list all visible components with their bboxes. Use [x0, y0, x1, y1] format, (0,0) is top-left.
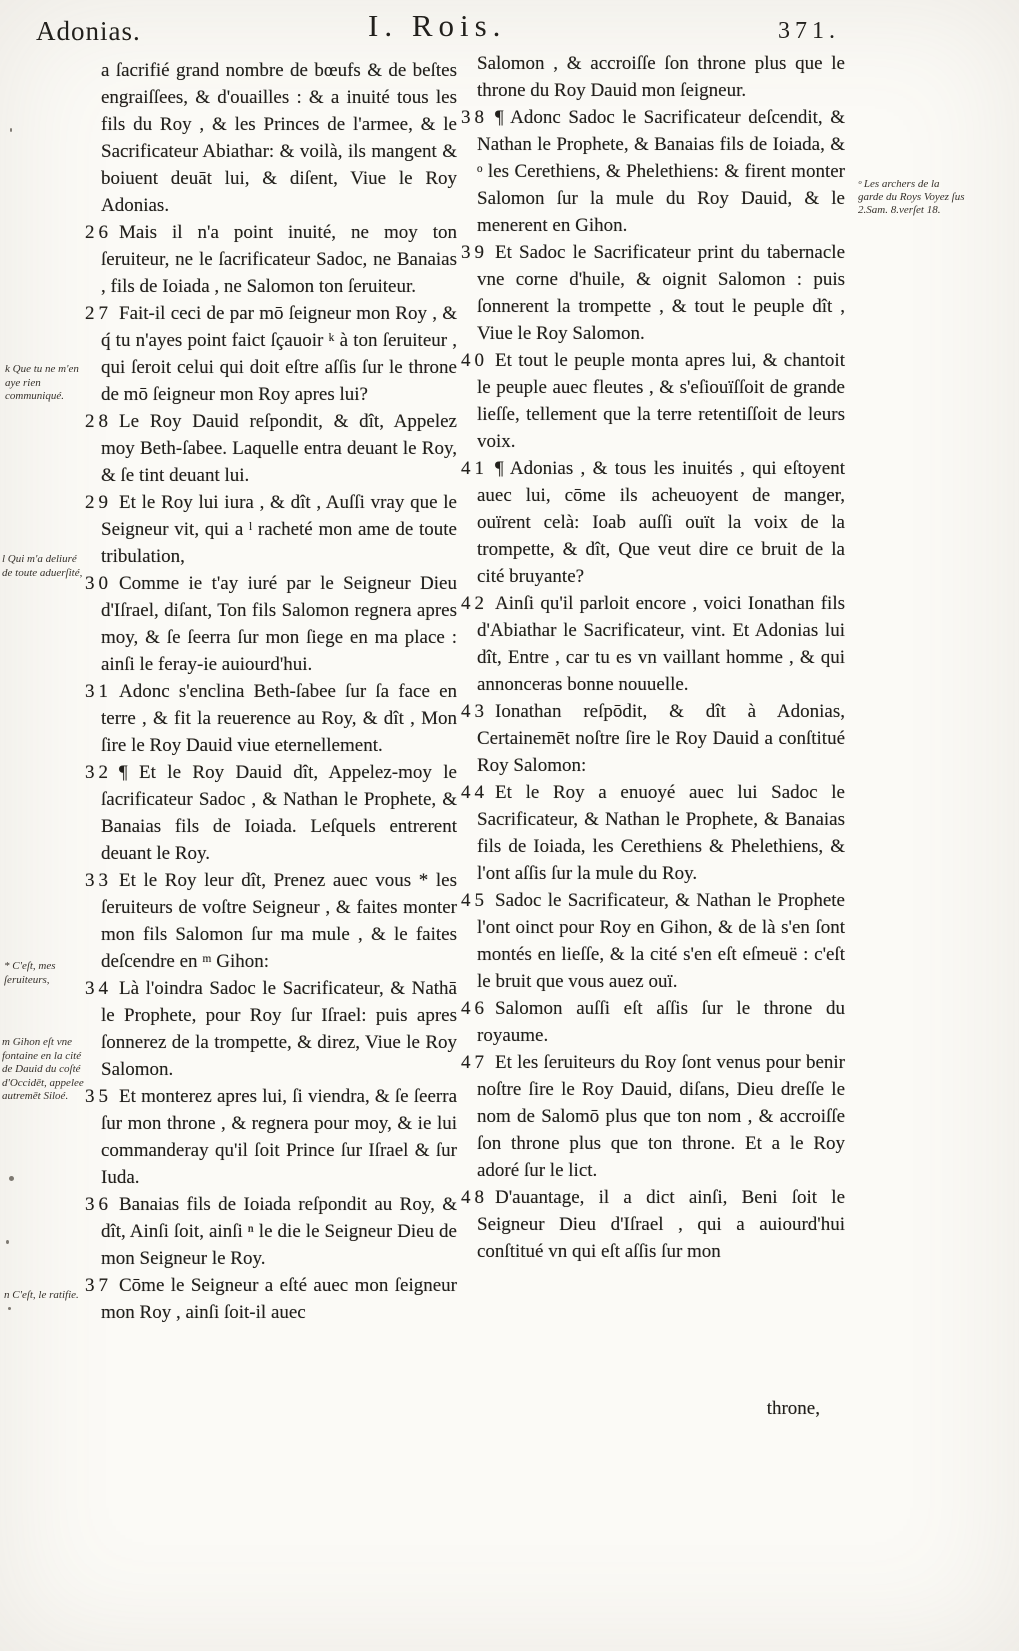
verse-text: Fait-il ceci de par mō ſeigneur mon Roy …: [101, 303, 457, 405]
verse-number: 38: [461, 107, 488, 128]
verse-text: Mais il n'a point inuité, ne moy ton ſer…: [101, 222, 457, 297]
verse: 44Et le Roy a enuoyé auec lui Sadoc le S…: [461, 779, 845, 887]
verse-number: 40: [461, 350, 488, 371]
verse: 31Adonc s'enclina Beth-ſabee ſur ſa face…: [85, 678, 457, 759]
verse: 35Et monterez apres lui, ſi viendra, & ſ…: [85, 1083, 457, 1191]
verse: 34Là l'oindra Sadoc le Sacrificateur, & …: [85, 975, 457, 1083]
verse-number: 31: [85, 681, 112, 702]
margin-note-k: k Que tu ne m'en aye rien communiqué.: [5, 363, 89, 404]
verse: 28Le Roy Dauid reſpondit, & dît, Appelez…: [85, 408, 457, 489]
verse-number: 46: [461, 998, 488, 1019]
ink-speck: [10, 128, 12, 132]
verse-text: Salomon auſſi eſt aſſis ſur le throne du…: [477, 998, 845, 1046]
verse-number: 47: [461, 1052, 488, 1073]
verse-text: Ainſi qu'il parloit encore , voici Ionat…: [477, 593, 845, 695]
verse-number: 41: [461, 458, 488, 479]
ink-speck: [8, 1307, 11, 1310]
margin-note-l: l Qui m'a deliuré de toute aduerſité,: [2, 553, 88, 580]
verse: 43Ionathan reſpōdit, & dît à Adonias, Ce…: [461, 698, 845, 779]
verse-text: ¶ Adonias , & tous les inuités , qui eſt…: [477, 458, 845, 587]
running-title-center: I. Rois.: [368, 8, 506, 44]
verse: 39Et Sadoc le Sacrificateur print du tab…: [461, 239, 845, 347]
verse-text: Et le Roy a enuoyé auec lui Sadoc le Sac…: [477, 782, 845, 884]
verse-number: 35: [85, 1086, 112, 1107]
verse-text: Sadoc le Sacrificateur, & Nathan le Prop…: [477, 890, 845, 992]
verse-number: 42: [461, 593, 488, 614]
verse-number: 28: [85, 411, 112, 432]
verse: 32¶ Et le Roy Dauid dît, Appelez-moy le …: [85, 759, 457, 867]
verse: 41¶ Adonias , & tous les inuités , qui e…: [461, 455, 845, 590]
verse: 37Cōme le Seigneur a eſté auec mon ſeign…: [85, 1272, 457, 1326]
verse-number: 43: [461, 701, 488, 722]
verse: 40Et tout le peuple monta apres lui, & c…: [461, 347, 845, 455]
verse-text: Et Sadoc le Sacrificateur print du taber…: [477, 242, 845, 344]
book-page: Adonias. I. Rois. 371. k Que tu ne m'en …: [0, 0, 1019, 1651]
verse-text: D'auantage, il a dict ainſi, Beni ſoit l…: [477, 1187, 845, 1262]
verse-number: 45: [461, 890, 488, 911]
verse-number: 34: [85, 978, 112, 999]
verse-text: Et le Roy lui iura , & dît , Auſſi vray …: [101, 492, 457, 567]
verse-text: Là l'oindra Sadoc le Sacrificateur, & Na…: [101, 978, 457, 1080]
margin-note-n: n C'eſt, le ratifie.: [4, 1289, 88, 1303]
text-column-right: Salomon , & accroiſſe ſon throne plus qu…: [461, 50, 845, 1265]
page-number: 371.: [778, 18, 840, 45]
verse: 33Et le Roy leur dît, Prenez auec vous *…: [85, 867, 457, 975]
verse-text: ¶ Adonc Sadoc le Sacrificateur deſcendit…: [477, 107, 845, 236]
verse-number: 36: [85, 1194, 112, 1215]
verse-number: 26: [85, 222, 112, 243]
ink-speck: [6, 1240, 9, 1244]
verse: 30Comme ie t'ay iuré par le Seigneur Die…: [85, 570, 457, 678]
verse-continuation: a ſacrifié grand nombre de bœufs & de be…: [85, 57, 457, 219]
verse: 42Ainſi qu'il parloit encore , voici Ion…: [461, 590, 845, 698]
verse-text: Et les ſeruiteurs du Roy ſont venus pour…: [477, 1052, 845, 1181]
margin-note-m: m Gihon eſt vne fontaine en la cité de D…: [2, 1036, 90, 1104]
verse-number: 32: [85, 762, 112, 783]
verse-continuation: Salomon , & accroiſſe ſon throne plus qu…: [461, 50, 845, 104]
verse-text: Comme ie t'ay iuré par le Seigneur Dieu …: [101, 573, 457, 675]
verse: 46Salomon auſſi eſt aſſis ſur le throne …: [461, 995, 845, 1049]
verse: 47Et les ſeruiteurs du Roy ſont venus po…: [461, 1049, 845, 1184]
verse-number: 37: [85, 1275, 112, 1296]
verse-number: 48: [461, 1187, 488, 1208]
verse: 26Mais il n'a point inuité, ne moy ton ſ…: [85, 219, 457, 300]
verse: 38¶ Adonc Sadoc le Sacrificateur deſcend…: [461, 104, 845, 239]
verse-text: Ionathan reſpōdit, & dît à Adonias, Cert…: [477, 701, 845, 776]
catchword: throne,: [700, 1398, 820, 1420]
running-title-left: Adonias.: [36, 16, 141, 47]
verse-text: Cōme le Seigneur a eſté auec mon ſeigneu…: [101, 1275, 457, 1323]
margin-note-star: * C'eſt, mes ſeruiteurs,: [4, 960, 84, 987]
verse: 48D'auantage, il a dict ainſi, Beni ſoit…: [461, 1184, 845, 1265]
verse-number: 27: [85, 303, 112, 324]
text-column-left: a ſacrifié grand nombre de bœufs & de be…: [85, 57, 457, 1326]
verse-number: 39: [461, 242, 488, 263]
verse-text: Et monterez apres lui, ſi viendra, & ſe …: [101, 1086, 457, 1188]
verse-text: Et tout le peuple monta apres lui, & cha…: [477, 350, 845, 452]
verse-number: 30: [85, 573, 112, 594]
margin-note-o: ᵒ Les archers de la garde du Roys Voyez …: [858, 178, 966, 217]
verse: 27Fait-il ceci de par mō ſeigneur mon Ro…: [85, 300, 457, 408]
verse-text: Le Roy Dauid reſpondit, & dît, Appelez m…: [101, 411, 457, 486]
verse: 45Sadoc le Sacrificateur, & Nathan le Pr…: [461, 887, 845, 995]
verse-text: Adonc s'enclina Beth-ſabee ſur ſa face e…: [101, 681, 457, 756]
verse-number: 29: [85, 492, 112, 513]
verse-text: ¶ Et le Roy Dauid dît, Appelez-moy le ſa…: [101, 762, 457, 864]
verse-number: 33: [85, 870, 112, 891]
verse: 36Banaias fils de Ioiada reſpondit au Ro…: [85, 1191, 457, 1272]
verse-text: Et le Roy leur dît, Prenez auec vous * l…: [101, 870, 457, 972]
verse: 29Et le Roy lui iura , & dît , Auſſi vra…: [85, 489, 457, 570]
ink-speck: [9, 1176, 14, 1181]
verse-number: 44: [461, 782, 488, 803]
verse-text: Banaias fils de Ioiada reſpondit au Roy,…: [101, 1194, 457, 1269]
